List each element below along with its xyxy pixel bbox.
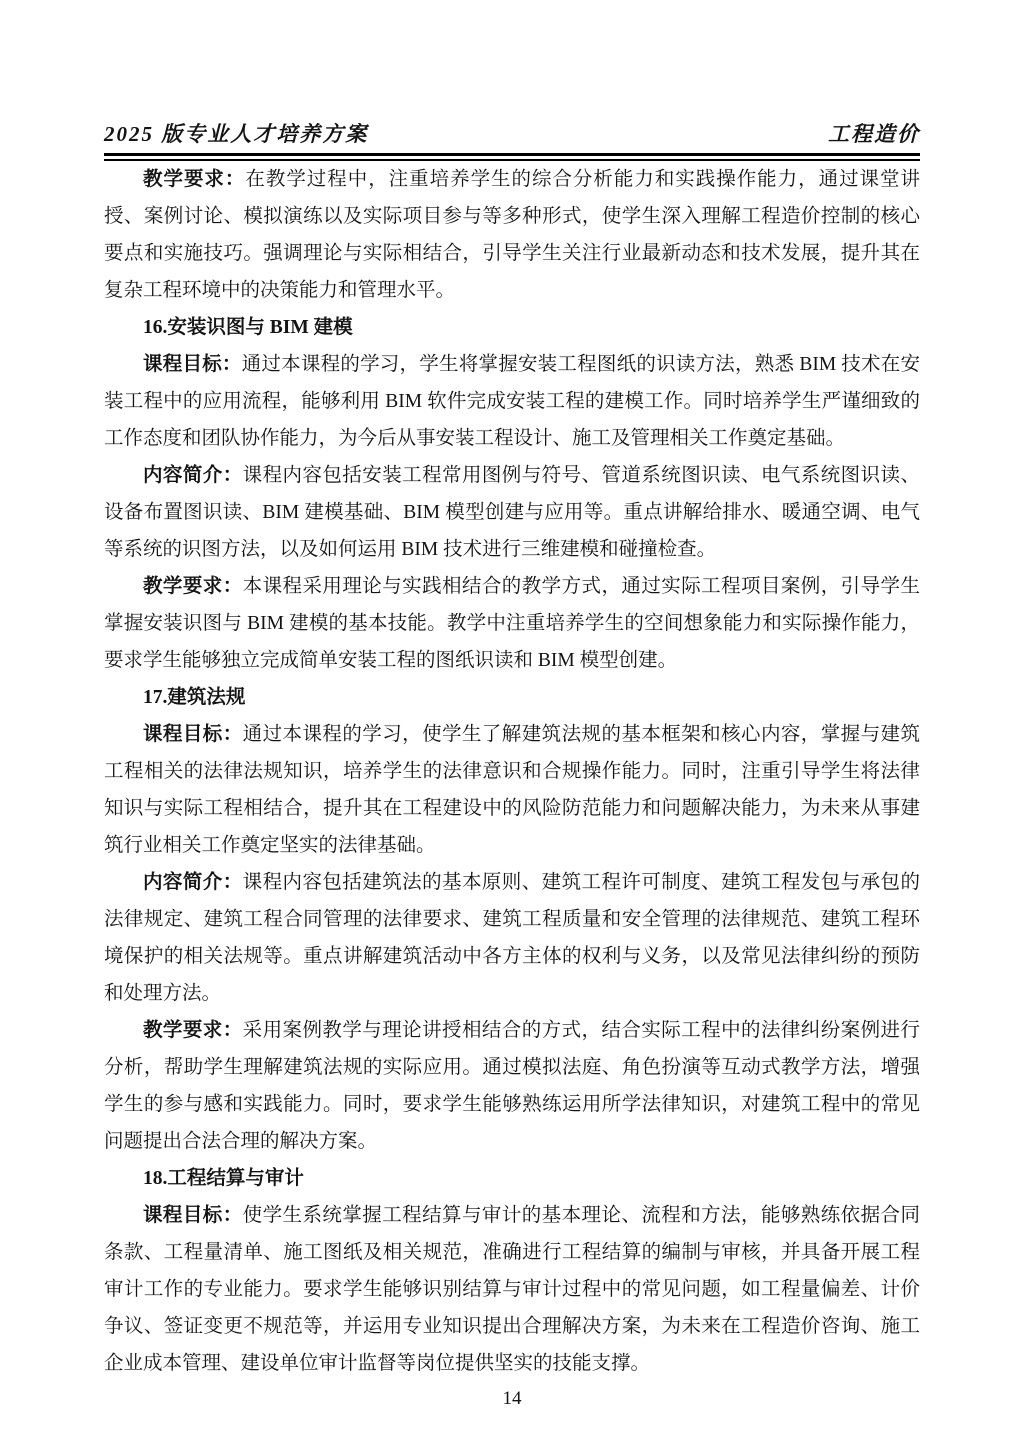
page-footer: 14 xyxy=(0,1388,1024,1410)
section-heading: 17.建筑法规 xyxy=(104,679,920,716)
paragraph: 教学要求：在教学过程中，注重培养学生的综合分析能力和实践操作能力，通过课堂讲授、… xyxy=(104,161,920,309)
paragraph: 内容简介：课程内容包括建筑法的基本原则、建筑工程许可制度、建筑工程发包与承包的法… xyxy=(104,864,920,1012)
page-header: 2025 版专业人才培养方案 工程造价 xyxy=(104,118,920,161)
paragraph-label: 课程目标： xyxy=(143,724,243,745)
header-double-rule xyxy=(104,153,920,161)
paragraph-label: 内容简介： xyxy=(143,872,243,893)
document-page: 2025 版专业人才培养方案 工程造价 教学要求：在教学过程中，注重培养学生的综… xyxy=(0,0,1024,1448)
paragraph: 教学要求：本课程采用理论与实践相结合的教学方式，通过实际工程项目案例，引导学生掌… xyxy=(104,568,920,679)
paragraph-text: 使学生系统掌握工程结算与审计的基本理论、流程和方法，能够熟练依据合同条款、工程量… xyxy=(104,1205,920,1374)
paragraph: 课程目标：通过本课程的学习，学生将掌握安装工程图纸的识读方法，熟悉 BIM 技术… xyxy=(104,346,920,457)
paragraph-label: 课程目标： xyxy=(143,1205,243,1226)
paragraph: 课程目标：通过本课程的学习，使学生了解建筑法规的基本框架和核心内容，掌握与建筑工… xyxy=(104,716,920,864)
header-row: 2025 版专业人才培养方案 工程造价 xyxy=(104,118,920,153)
paragraph: 课程目标：使学生系统掌握工程结算与审计的基本理论、流程和方法，能够熟练依据合同条… xyxy=(104,1197,920,1382)
paragraph-label: 课程目标： xyxy=(143,354,242,375)
paragraph-label: 教学要求： xyxy=(143,169,245,190)
header-right-title: 工程造价 xyxy=(828,118,920,148)
paragraph-label: 内容简介： xyxy=(143,465,243,486)
page-number: 14 xyxy=(503,1388,522,1409)
document-body: 教学要求：在教学过程中，注重培养学生的综合分析能力和实践操作能力，通过课堂讲授、… xyxy=(104,161,920,1382)
paragraph-label: 教学要求： xyxy=(143,1020,243,1041)
section-heading: 18.工程结算与审计 xyxy=(104,1160,920,1197)
header-left-title: 2025 版专业人才培养方案 xyxy=(104,118,368,148)
paragraph: 内容简介：课程内容包括安装工程常用图例与符号、管道系统图识读、电气系统图识读、设… xyxy=(104,457,920,568)
paragraph: 教学要求：采用案例教学与理论讲授相结合的方式，结合实际工程中的法律纠纷案例进行分… xyxy=(104,1012,920,1160)
paragraph-label: 教学要求： xyxy=(143,576,243,597)
section-heading: 16.安装识图与 BIM 建模 xyxy=(104,309,920,346)
